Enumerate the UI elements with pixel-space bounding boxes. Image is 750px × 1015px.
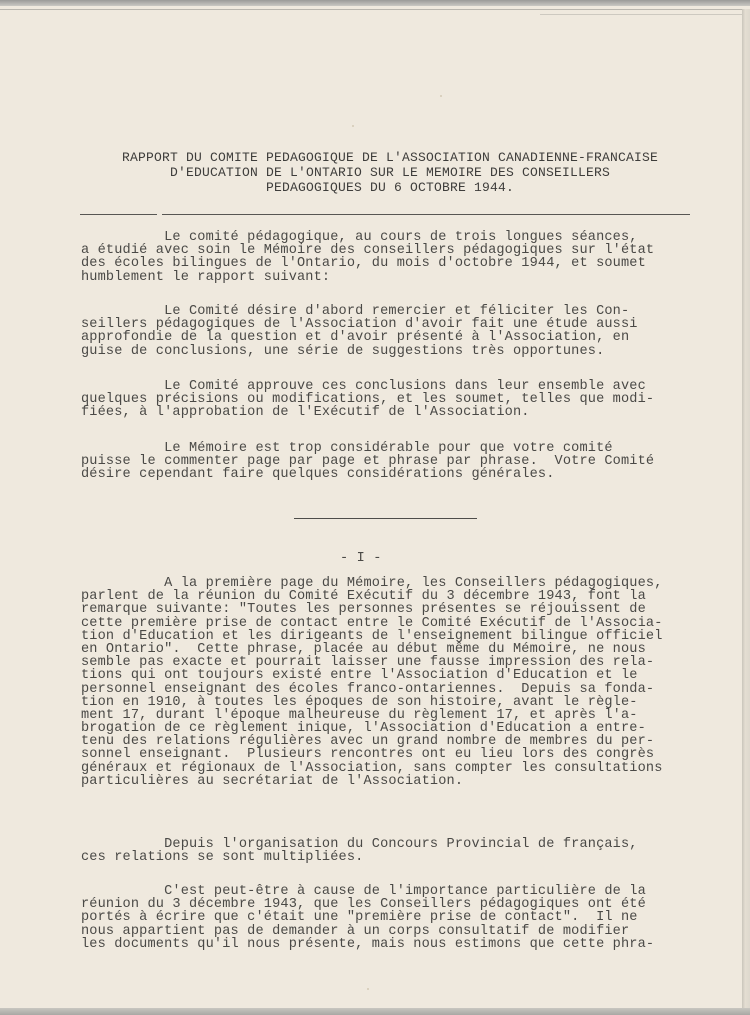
paragraph-concours-provincial: Depuis l'organisation du Concours Provin… bbox=[81, 838, 711, 864]
title-underline-rule bbox=[80, 214, 690, 216]
paragraph-general-considerations: Le Mémoire est trop considérable pour qu… bbox=[81, 442, 711, 482]
paper-speck bbox=[440, 95, 442, 97]
title-line-1: RAPPORT DU COMITE PEDAGOGIQUE DE L'ASSOC… bbox=[80, 150, 700, 165]
paper-speck bbox=[367, 988, 369, 990]
paper-top-edge-underlayer bbox=[540, 14, 742, 15]
text-line: tion d'Education et les dirigeants de l'… bbox=[81, 630, 711, 643]
text-line: fiées, à l'approbation de l'Exécutif de … bbox=[81, 406, 711, 419]
text-line: particulières au secrétariat de l'Associ… bbox=[81, 775, 711, 788]
title-line-2: D'EDUCATION DE L'ONTARIO SUR LE MEMOIRE … bbox=[80, 165, 700, 180]
text-line: personnel enseignant des écoles franco-o… bbox=[81, 683, 711, 696]
rule-gap bbox=[157, 212, 162, 217]
scanned-page: RAPPORT DU COMITE PEDAGOGIQUE DE L'ASSOC… bbox=[0, 0, 750, 1015]
scanner-top-border bbox=[0, 0, 750, 6]
text-line: tions qui ont toujours existé entre l'As… bbox=[81, 669, 711, 682]
section-divider-rule bbox=[294, 518, 477, 519]
paper-right-edge bbox=[742, 9, 750, 1009]
text-line: guise de conclusions, une série de sugge… bbox=[81, 345, 711, 358]
paper-speck bbox=[352, 125, 354, 127]
text-line: désire cependant faire quelques considér… bbox=[81, 468, 711, 481]
paper-top-edge bbox=[0, 9, 742, 10]
text-line: sonnel enseignant. Plusieurs rencontres … bbox=[81, 748, 711, 761]
title-line-3: PEDAGOGIQUES DU 6 OCTOBRE 1944. bbox=[80, 180, 700, 195]
paragraph-importance-reunion: C'est peut-être à cause de l'importance … bbox=[81, 885, 711, 951]
text-line: humblement le rapport suivant: bbox=[81, 271, 711, 284]
paragraph-approval: Le Comité approuve ces conclusions dans … bbox=[81, 380, 711, 420]
scanner-bottom-border bbox=[0, 1008, 750, 1015]
text-line: approfondie de la question et d'avoir pr… bbox=[81, 331, 711, 344]
paragraph-thanks: Le Comité désire d'abord remercier et fé… bbox=[81, 305, 711, 358]
text-line: portés à écrire que c'était une "premièr… bbox=[81, 911, 711, 924]
text-line: cette première prise de contact entre le… bbox=[81, 617, 711, 630]
paragraph-first-page-remark: A la première page du Mémoire, les Conse… bbox=[81, 577, 711, 788]
text-line: remarque suivante: "Toutes les personnes… bbox=[81, 603, 711, 616]
text-line: nous appartient pas de demander à un cor… bbox=[81, 925, 711, 938]
text-line: tion en 1910, à toutes les époques de so… bbox=[81, 696, 711, 709]
paragraph-introduction: Le comité pédagogique, au cours de trois… bbox=[81, 231, 711, 284]
text-line: les documents qu'il nous présente, mais … bbox=[81, 938, 711, 951]
document-title: RAPPORT DU COMITE PEDAGOGIQUE DE L'ASSOC… bbox=[80, 150, 700, 195]
text-line: ces relations se sont multipliées. bbox=[81, 851, 711, 864]
text-line: généraux et régionaux de l'Association, … bbox=[81, 762, 711, 775]
text-line: des écoles bilingues de l'Ontario, du mo… bbox=[81, 257, 711, 270]
section-heading: - I - bbox=[340, 551, 420, 566]
